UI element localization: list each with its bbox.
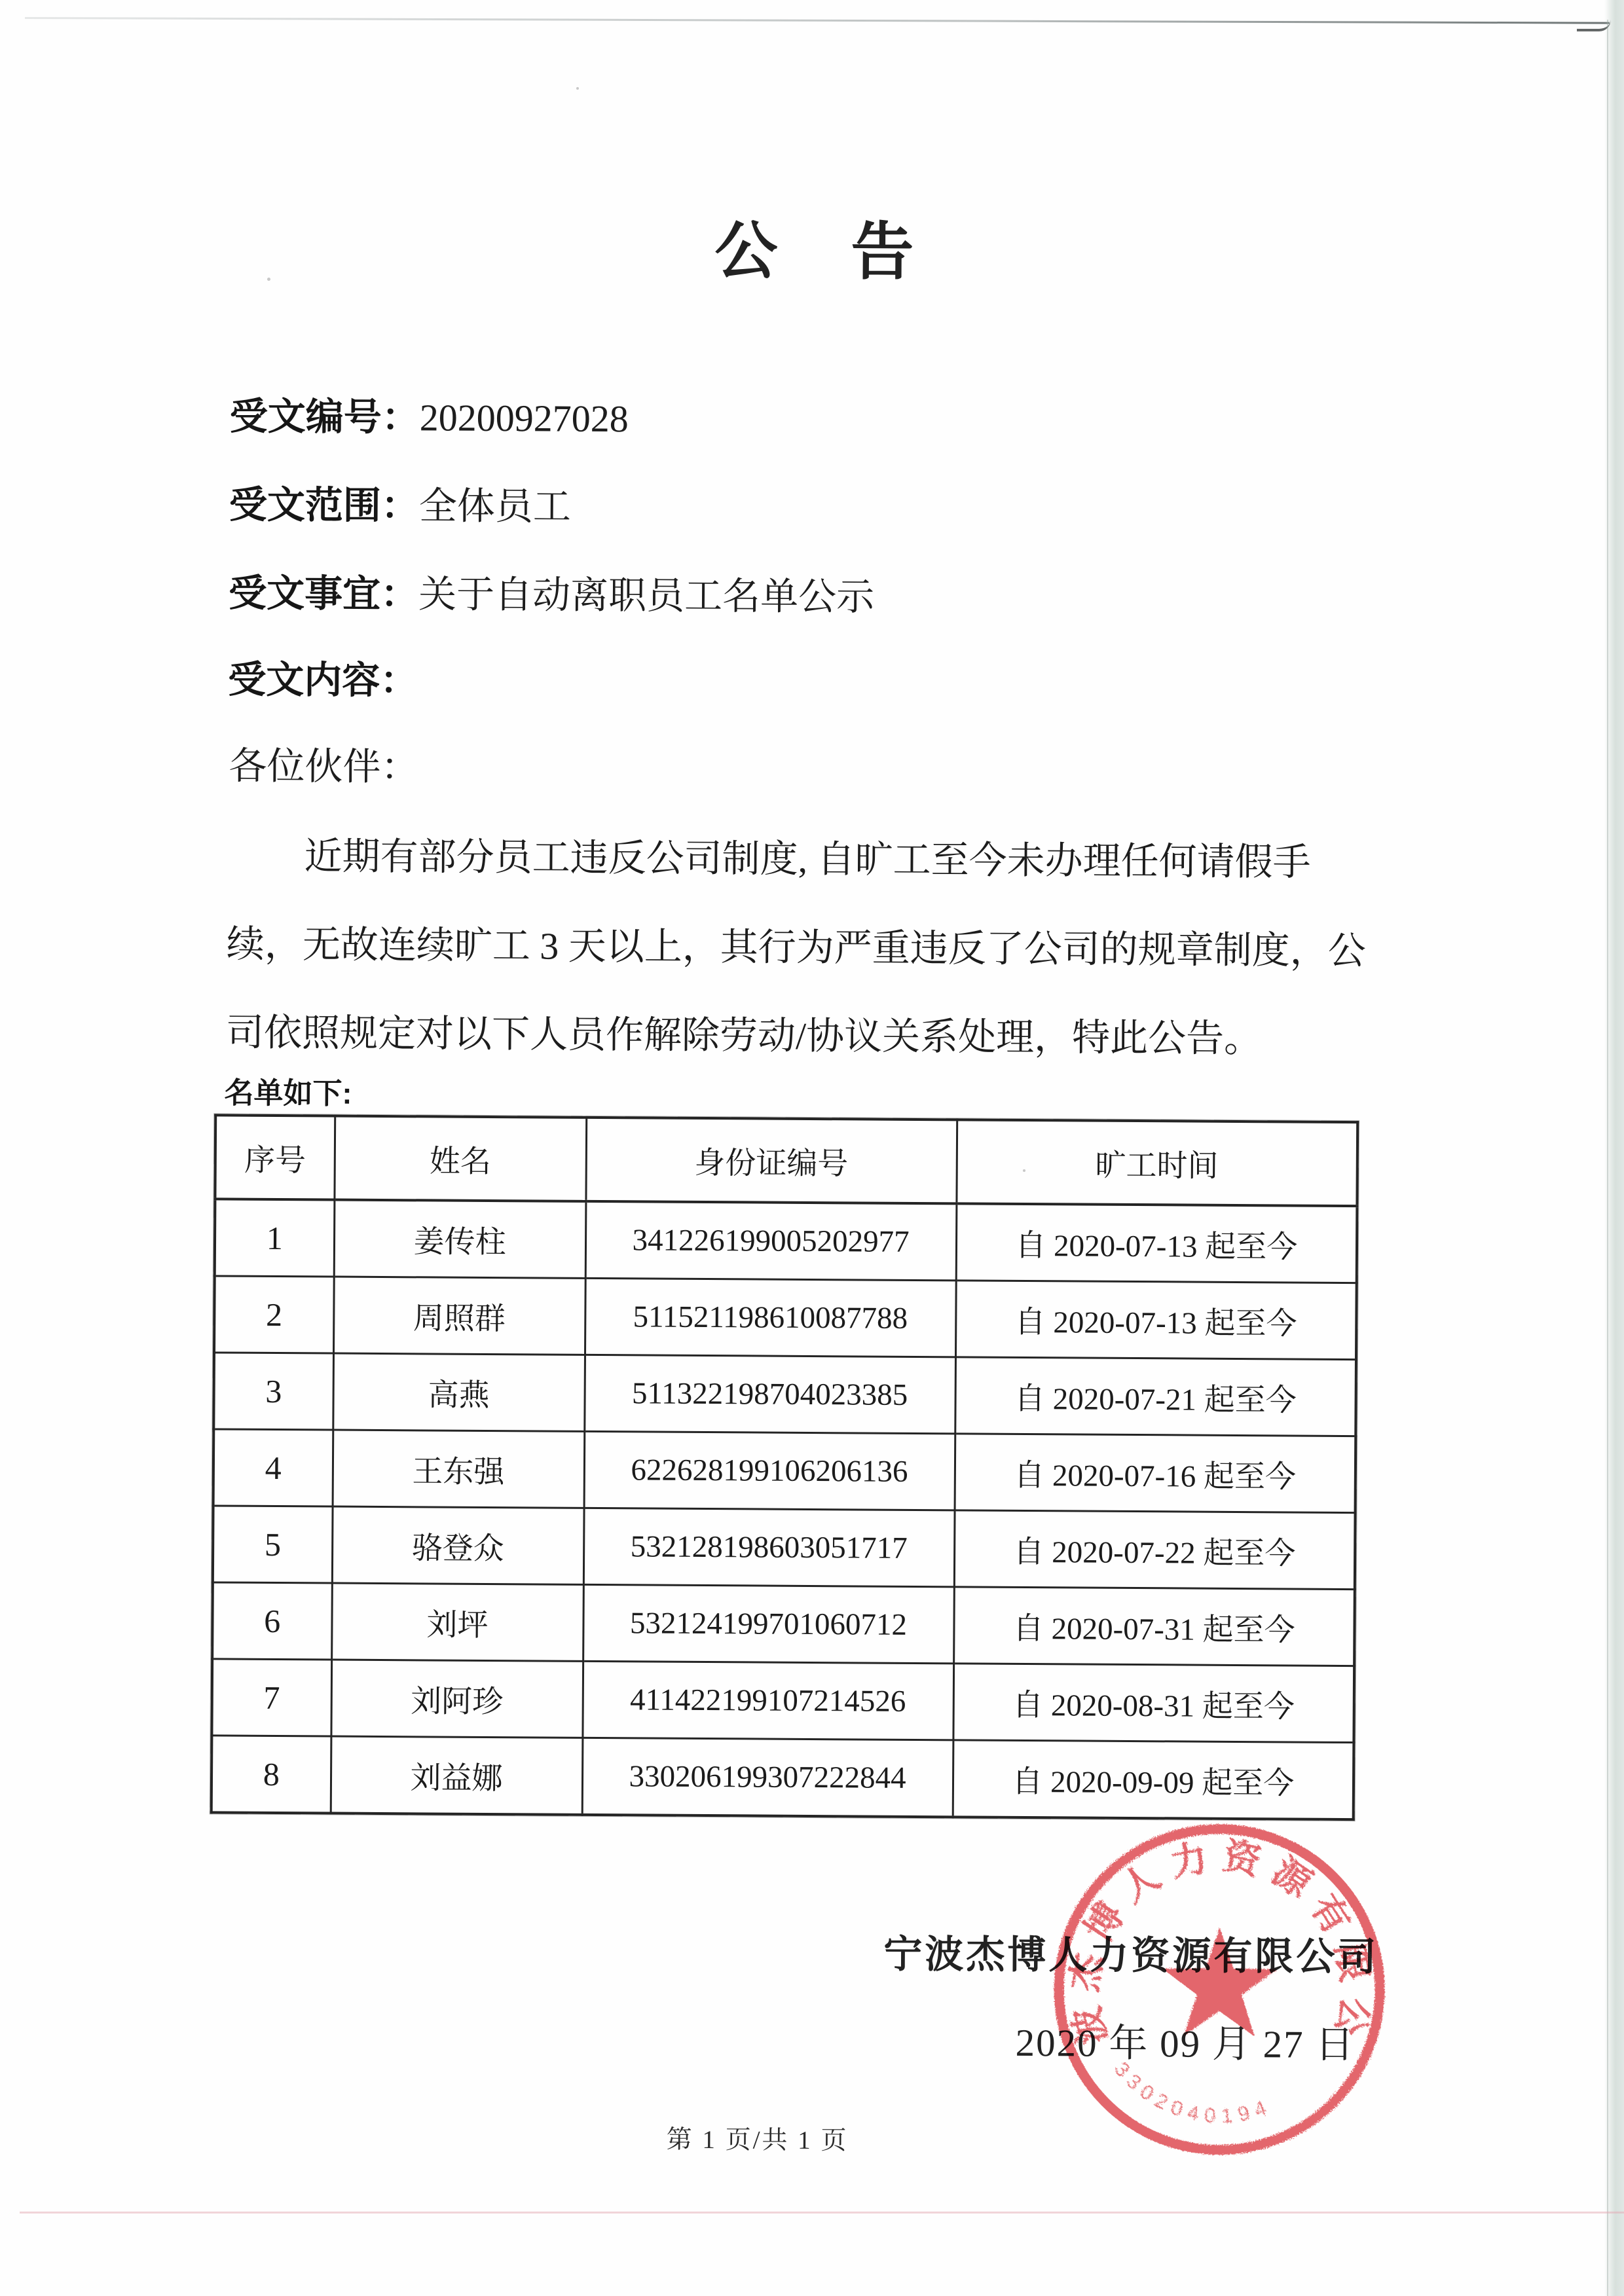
cell-id: 511322198704023385 bbox=[584, 1355, 955, 1433]
cell-name: 刘阿珍 bbox=[331, 1660, 583, 1738]
cell-index: 5 bbox=[213, 1506, 333, 1583]
cell-period: 自 2020-07-13 起至今 bbox=[956, 1203, 1357, 1283]
cell-id: 511521198610087788 bbox=[585, 1278, 956, 1357]
cell-period: 自 2020-07-31 起至今 bbox=[953, 1587, 1355, 1666]
seal-ring-text: 宁波杰博人力资源有限公司 bbox=[1049, 1821, 1378, 2050]
field-scope-value: 全体员工 bbox=[419, 484, 571, 528]
table-row: 6 刘坪 532124199701060712 自 2020-07-31 起至今 bbox=[212, 1582, 1355, 1666]
cell-period: 自 2020-07-22 起至今 bbox=[954, 1510, 1356, 1590]
cell-index: 8 bbox=[212, 1736, 331, 1813]
field-subject-value: 关于自动离职员工名单公示 bbox=[418, 573, 874, 618]
list-intro: 名单如下: bbox=[224, 1069, 352, 1112]
document-content: 公 告 受文编号：20200927028 受文范围：全体员工 受文事宜：关于自动… bbox=[0, 0, 1624, 2296]
table-row: 2 周照群 511521198610087788 自 2020-07-13 起至… bbox=[214, 1276, 1357, 1360]
cell-name: 高燕 bbox=[333, 1353, 585, 1431]
col-header-period: 旷工时间 bbox=[956, 1120, 1357, 1206]
col-header-name: 姓名 bbox=[334, 1116, 586, 1201]
cell-id: 411422199107214526 bbox=[582, 1661, 953, 1740]
field-doc-number: 受文编号：20200927028 bbox=[230, 393, 629, 443]
field-subject: 受文事宜：关于自动离职员工名单公示 bbox=[229, 570, 874, 621]
table-row: 4 王东强 622628199106206136 自 2020-07-16 起至… bbox=[213, 1429, 1356, 1513]
cell-id: 532124199701060712 bbox=[583, 1584, 954, 1663]
cell-index: 4 bbox=[213, 1429, 333, 1506]
col-header-index: 序号 bbox=[215, 1115, 335, 1199]
body-line-1: 近期有部分员工违反公司制度, 自旷工至今未办理任何请假手 bbox=[227, 812, 1372, 907]
page-title: 公 告 bbox=[5, 196, 1624, 296]
cell-index: 2 bbox=[214, 1276, 334, 1353]
cell-name: 刘益娜 bbox=[331, 1736, 583, 1815]
col-header-id: 身份证编号 bbox=[585, 1118, 957, 1203]
cell-id: 622628199106206136 bbox=[584, 1431, 955, 1510]
cell-name: 周照群 bbox=[333, 1277, 585, 1355]
cell-name: 王东强 bbox=[333, 1430, 585, 1508]
cell-period: 自 2020-07-21 起至今 bbox=[955, 1357, 1356, 1436]
cell-name: 骆登众 bbox=[332, 1506, 584, 1584]
table-header-row: 序号 姓名 身份证编号 旷工时间 bbox=[215, 1115, 1357, 1206]
cell-name: 姜传柱 bbox=[334, 1200, 586, 1279]
cell-id: 532128198603051717 bbox=[583, 1508, 955, 1586]
seal-star-icon bbox=[1162, 1927, 1277, 2036]
cell-period: 自 2020-09-09 起至今 bbox=[953, 1740, 1354, 1819]
cell-index: 3 bbox=[213, 1353, 333, 1430]
seal-serial-number: 3302040194 bbox=[1110, 2058, 1276, 2128]
body-line-3: 司依照规定对以下人员作解除劳动/协议关系处理，特此公告。 bbox=[226, 989, 1371, 1084]
body-paragraph: 近期有部分员工违反公司制度, 自旷工至今未办理任何请假手 续，无故连续旷工 3 … bbox=[226, 812, 1372, 1084]
cell-index: 7 bbox=[212, 1659, 331, 1736]
field-doc-number-value: 20200927028 bbox=[420, 396, 629, 440]
table-row: 1 姜传柱 341226199005202977 自 2020-07-13 起至… bbox=[215, 1199, 1357, 1283]
table-row: 3 高燕 511322198704023385 自 2020-07-21 起至今 bbox=[213, 1353, 1356, 1436]
table-row: 5 骆登众 532128198603051717 自 2020-07-22 起至… bbox=[213, 1506, 1356, 1590]
field-content: 受文内容： bbox=[228, 657, 418, 705]
field-subject-label: 受文事宜： bbox=[229, 572, 418, 616]
cell-period: 自 2020-07-13 起至今 bbox=[955, 1281, 1357, 1360]
table-row: 8 刘益娜 330206199307222844 自 2020-09-09 起至… bbox=[212, 1736, 1354, 1819]
field-scope-label: 受文范围： bbox=[229, 484, 419, 528]
table-row: 7 刘阿珍 411422199107214526 自 2020-08-31 起至… bbox=[212, 1659, 1354, 1743]
body-line-2: 续，无故连续旷工 3 天以上，其行为严重违反了公司的规章制度，公 bbox=[226, 900, 1371, 996]
cell-id: 330206199307222844 bbox=[582, 1738, 953, 1817]
field-content-label: 受文内容： bbox=[228, 659, 418, 702]
company-seal-stamp: 宁波杰博人力资源有限公司 3302040194 bbox=[1049, 1821, 1390, 2162]
cell-period: 自 2020-08-31 起至今 bbox=[953, 1664, 1354, 1743]
cell-id: 341226199005202977 bbox=[585, 1201, 957, 1281]
page-number: 第 1 页/共 1 页 bbox=[667, 2119, 849, 2157]
scanned-announcement-page: 公 告 受文编号：20200927028 受文范围：全体员工 受文事宜：关于自动… bbox=[0, 0, 1624, 2296]
field-doc-number-label: 受文编号： bbox=[230, 395, 420, 439]
cell-name: 刘坪 bbox=[331, 1583, 583, 1661]
cell-index: 1 bbox=[215, 1199, 335, 1277]
cell-period: 自 2020-07-16 起至今 bbox=[955, 1434, 1356, 1513]
salutation: 各位伙伴： bbox=[229, 735, 419, 792]
cell-index: 6 bbox=[212, 1582, 332, 1660]
field-scope: 受文范围：全体员工 bbox=[229, 482, 571, 531]
dismissed-employees-table: 序号 姓名 身份证编号 旷工时间 1 姜传柱 34122619900520297… bbox=[210, 1114, 1359, 1821]
